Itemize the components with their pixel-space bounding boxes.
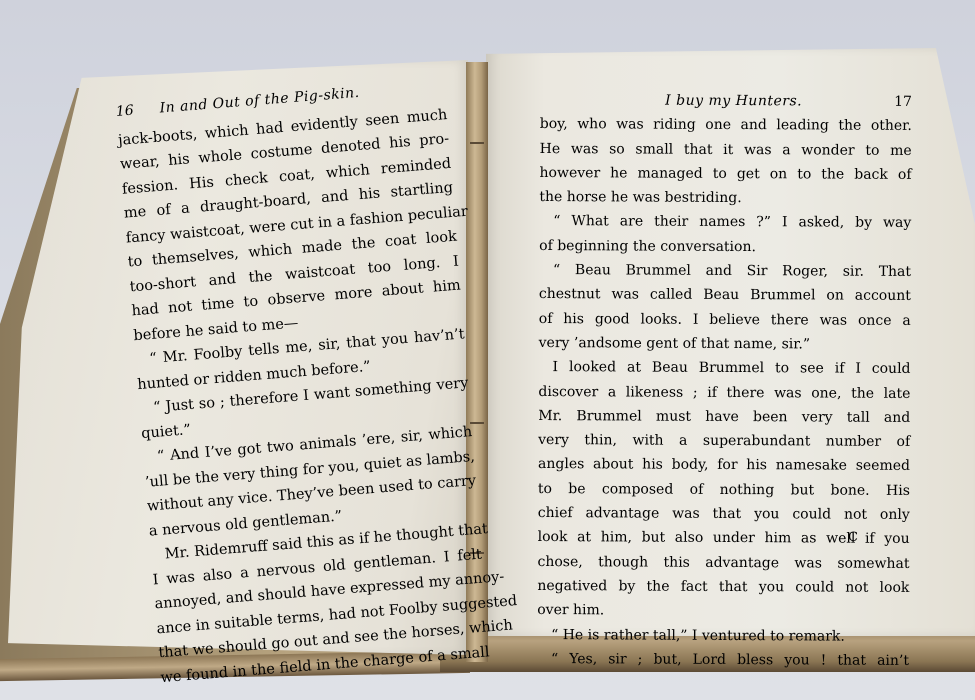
left-page-text: 16 In and Out of the Pig-skin. jack-boot… (115, 74, 490, 690)
page-number-right: 17 (894, 90, 912, 114)
binding-stitch (470, 422, 484, 424)
text-line: very thin, with a superabundant number o… (538, 428, 910, 454)
running-head-title-right: I buy my Hunters. (665, 89, 802, 114)
text-line: I looked at Beau Brummel to see if I cou… (538, 355, 910, 381)
text-line: chief advantage was that you could not o… (538, 501, 910, 527)
text-line: boy, who was riding one and leading the … (540, 112, 912, 138)
photo-scene: 16 In and Out of the Pig-skin. jack-boot… (0, 0, 975, 700)
text-line: of beginning the conversation. (539, 234, 911, 260)
text-line: “ He is rather tall,” I ventured to rema… (537, 623, 909, 649)
text-line: “ What are their names ?” I asked, by wa… (539, 209, 911, 235)
text-line: chose, though this advantage was somewha… (537, 550, 909, 576)
text-line: negatived by the fact that you could not… (537, 574, 909, 600)
text-line: He was so small that it was a wonder to … (540, 137, 912, 163)
right-running-head: I buy my Hunters. 17 (540, 88, 912, 114)
text-line: Mr. Brummel must have been very tall and (538, 404, 910, 430)
text-line: discover a likeness ; if there was one, … (538, 380, 910, 406)
text-line: “ Yes, sir ; but, Lord bless you ! that … (537, 647, 909, 673)
text-line: the horse he was bestriding. (539, 185, 911, 211)
text-line: angles about his body, for his namesake … (538, 452, 910, 478)
binding-stitch (470, 142, 484, 144)
text-line: “ Beau Brummel and Sir Roger, sir. That (539, 258, 911, 284)
text-line: of his good looks. I believe there was o… (539, 307, 911, 333)
text-line: to be composed of nothing but bone. His (538, 477, 910, 503)
text-line: very ’andsome gent of that name, sir.” (539, 331, 911, 357)
signature-mark: C (848, 530, 858, 545)
text-line: however he managed to get on to the back… (539, 161, 911, 187)
text-line: chestnut was called Beau Brummel on acco… (539, 282, 911, 308)
text-line: over him. (537, 598, 909, 624)
page-number-left: 16 (115, 99, 135, 125)
right-page-text: I buy my Hunters. 17 boy, who was riding… (537, 88, 912, 673)
